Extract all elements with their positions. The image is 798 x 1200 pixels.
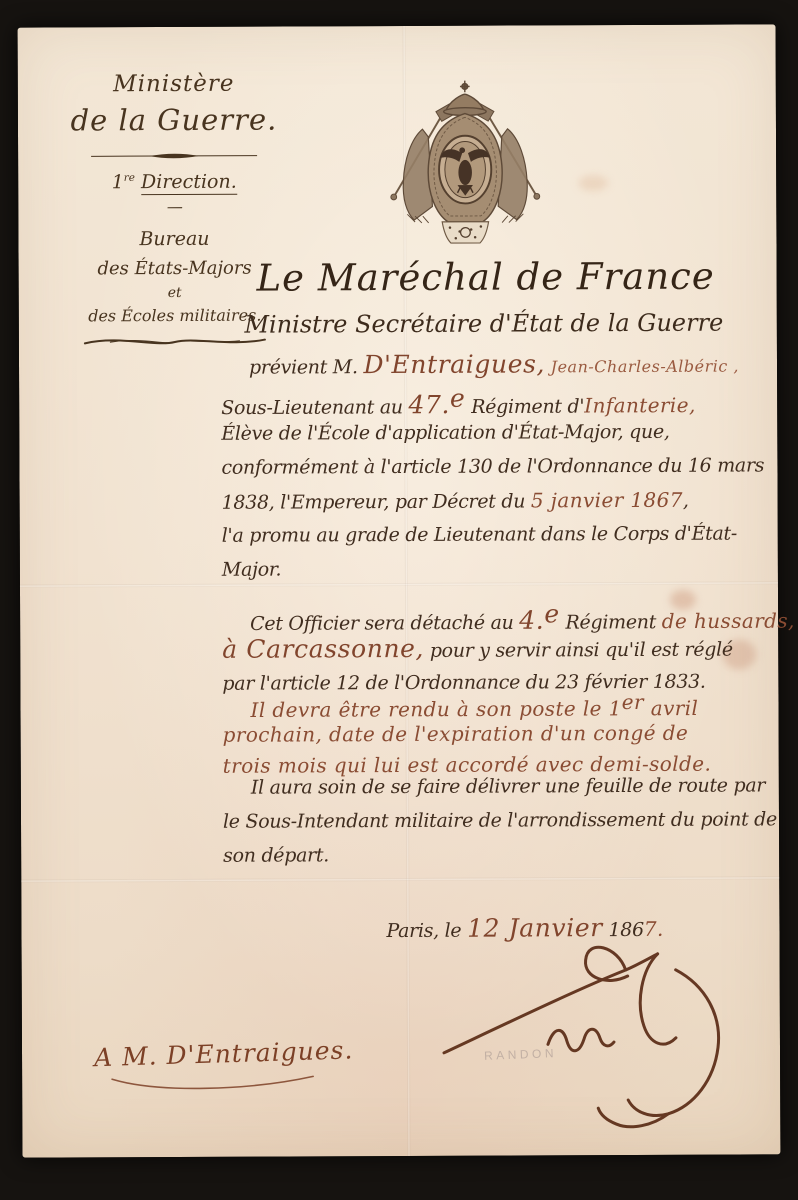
direction-ordinal: re	[124, 172, 135, 184]
document-subtitle: Ministre Secrétaire d'État de la Guerre	[229, 309, 739, 339]
document-paper: Ministère de la Guerre. 1re Direction. —…	[18, 24, 781, 1157]
paragraph-detachement: Cet Officier sera détaché au 4.e Régimen…	[222, 596, 748, 700]
address-flourish	[108, 1072, 318, 1093]
letterhead-ministry-line2: de la Guerre.	[58, 102, 290, 137]
direction-label: Direction.	[141, 171, 237, 195]
letterhead-ministry-line1: Ministère	[58, 70, 290, 97]
imperial-coat-of-arms-icon	[378, 77, 553, 254]
ink-stain	[578, 175, 608, 191]
photo-of-document: { "colors": { "background": "#161310", "…	[0, 0, 798, 1200]
document-title: Le Maréchal de France	[247, 255, 725, 300]
paragraph-feuille-de-route: Il aura soin de se faire délivrer une fe…	[223, 768, 749, 872]
direction-number: 1	[112, 171, 124, 193]
letterhead-direction: 1re Direction.	[58, 170, 290, 193]
letterhead-divider-rule	[89, 151, 259, 162]
randon-signature	[429, 930, 740, 1136]
paragraph-conge: Il devra être rendu à son poste le 1er a…	[222, 686, 748, 781]
paragraph-promotion: prévient M. D'Entraigues, Jean-Charles-A…	[221, 346, 748, 586]
recipient-address: A M. D'Entraigues.	[94, 1034, 395, 1072]
letterhead-dash: —	[58, 196, 290, 216]
pencil-note: RANDON	[484, 1046, 558, 1063]
horizontal-fold-crease	[21, 876, 779, 882]
letterhead-bureau: Bureau	[58, 227, 290, 250]
